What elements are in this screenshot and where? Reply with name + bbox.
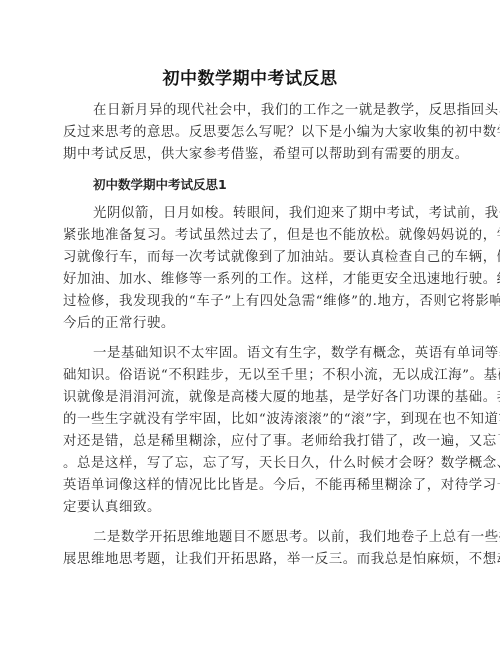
text-line: 在日新月异的现代社会中，我们的工作之一就是教学，反思指回头、 bbox=[63, 100, 439, 122]
text-line: 识就像是涓涓河流，就像是高楼大厦的地基，是学好各门功课的基础。我 bbox=[63, 387, 439, 409]
text-line: 反过来思考的意思。反思要怎么写呢？以下是小编为大家收集的初中数学 bbox=[63, 122, 439, 144]
text-line: 的一些生字就没有学牢固，比如“波涛滚滚”的“滚”字，到现在也不知道写的 bbox=[63, 409, 439, 431]
text-line: 一是基础知识不太牢固。语文有生字，数学有概念，英语有单词等基 bbox=[63, 343, 439, 365]
section-heading: 初中数学期中考试反思1 bbox=[63, 174, 439, 196]
section-heading-block: 初中数学期中考试反思1 bbox=[63, 174, 439, 196]
text-line: 定要认真细致。 bbox=[63, 497, 439, 519]
text-line: 展思维地思考题，让我们开拓思路，举一反三。而我总是怕麻烦，不想动 bbox=[63, 549, 439, 571]
text-line: 习就像行车，而每一次考试就像到了加油站。要认真检查自己的车辆，做 bbox=[63, 247, 439, 269]
text-line: 紧张地准备复习。考试虽然过去了，但是也不能放松。就像妈妈说的，学 bbox=[63, 225, 439, 247]
text-line: 。总是这样，写了忘，忘了写，天长日久，什么时候才会呀？数学概念、 bbox=[63, 453, 439, 475]
text-line: 二是数学开拓思维地题目不愿思考。以前，我们地卷子上总有一些拓 bbox=[63, 527, 439, 549]
text-line: 今后的正常行驶。 bbox=[63, 313, 439, 335]
paragraph-1: 光阴似箭，日月如梭。转眼间，我们迎来了期中考试，考试前，我们 紧张地准备复习。考… bbox=[63, 203, 439, 335]
intro-paragraph: 在日新月异的现代社会中，我们的工作之一就是教学，反思指回头、 反过来思考的意思。… bbox=[63, 100, 439, 166]
text-line: 础知识。俗语说“不积跬步，无以至千里；不积小流，无以成江海”。基础知 bbox=[63, 365, 439, 387]
document-title: 初中数学期中考试反思 bbox=[0, 64, 500, 89]
text-line: 英语单词像这样的情况比比皆是。今后，不能再稀里糊涂了，对待学习一 bbox=[63, 475, 439, 497]
text-line: 光阴似箭，日月如梭。转眼间，我们迎来了期中考试，考试前，我们 bbox=[63, 203, 439, 225]
paragraph-2: 一是基础知识不太牢固。语文有生字，数学有概念，英语有单词等基 础知识。俗语说“不… bbox=[63, 343, 439, 519]
text-line: 好加油、加水、维修等一系列的工作。这样，才能更安全迅速地行驶。经 bbox=[63, 269, 439, 291]
text-line: 过检修，我发现我的“车子”上有四处急需“维修”的.地方，否则它将影响到 bbox=[63, 291, 439, 313]
document-page: 初中数学期中考试反思 在日新月异的现代社会中，我们的工作之一就是教学，反思指回头… bbox=[0, 0, 500, 647]
text-line: 对还是错，总是稀里糊涂，应付了事。老师给我打错了，改一遍，又忘了 bbox=[63, 431, 439, 453]
text-line: 期中考试反思，供大家参考借鉴，希望可以帮助到有需要的朋友。 bbox=[63, 144, 439, 166]
paragraph-3: 二是数学开拓思维地题目不愿思考。以前，我们地卷子上总有一些拓 展思维地思考题，让… bbox=[63, 527, 439, 571]
